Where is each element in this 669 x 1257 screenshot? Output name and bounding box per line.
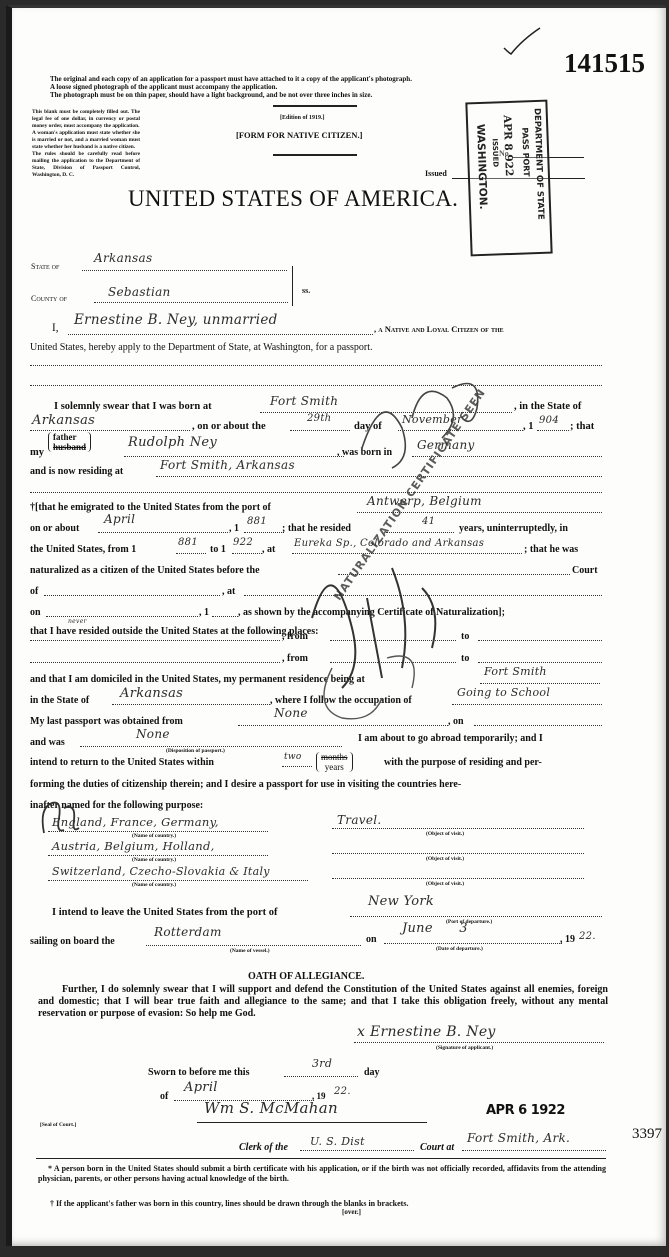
court-name-field: U. S. Dist: [310, 1135, 365, 1148]
husband-option: husband: [53, 442, 86, 452]
at-line: [244, 595, 602, 596]
of-line: [44, 595, 220, 596]
to-year-field: 922: [233, 536, 253, 549]
disposition-line: [80, 746, 342, 747]
divider: [273, 105, 357, 107]
birth-year-field: 904: [539, 414, 559, 427]
bracket: [289, 266, 293, 306]
from-year-line: [176, 553, 206, 554]
last-passport-line: [238, 725, 448, 726]
court-line: [338, 574, 570, 575]
from-line-1: [330, 640, 456, 641]
destination-countries-3: Switzerland, Czecho-Slovakia & Italy: [52, 865, 270, 878]
and-was-label: and was: [30, 736, 65, 749]
disposition-field: None: [136, 728, 170, 741]
from-line-2: [330, 662, 456, 663]
sworn-of-label: of: [160, 1090, 168, 1103]
on-about-label-2: on or about: [30, 522, 79, 535]
departure-year-field: 22.: [579, 930, 596, 943]
occupation-line: [452, 704, 602, 705]
side-note-3: The rules should be carefully read befor…: [32, 151, 140, 179]
instruction-line-1: The original and each copy of an applica…: [50, 75, 412, 83]
destination-countries-1: England, France, Germany,: [52, 816, 219, 829]
date-caption: (Date of departure.): [436, 946, 483, 952]
received-stamp: APR 6 1922: [486, 1104, 565, 1117]
sworn-day-field: 3rd: [312, 1057, 332, 1070]
object-caption-2: (Object of visit.): [426, 856, 464, 862]
inafter-label: inafter named for the following purpose:: [30, 799, 203, 812]
outside-place-line-1: [30, 640, 280, 641]
to-year-line: [232, 553, 262, 554]
file-number: 3397: [632, 1128, 662, 1141]
emigration-month-line: [98, 532, 228, 533]
checkmark-icon: [502, 26, 542, 56]
father-name-field: Rudolph Ney: [128, 436, 217, 449]
year2-line: [212, 616, 238, 617]
return-label: intend to return to the United States wi…: [30, 756, 214, 769]
applicant-signature: x Ernestine B. Ney: [357, 1026, 496, 1039]
sworn-year-field: 22.: [334, 1085, 351, 1098]
emigration-month-field: April: [104, 513, 135, 526]
divider: [273, 154, 357, 156]
instruction-line-3: The photograph must be on thin paper, sh…: [50, 91, 372, 99]
department-of-state-stamp: DEPARTMENT OF STATE PASS PORT APR 8 922 …: [465, 100, 552, 257]
clerk-signature: Wm S. McMahan: [204, 1102, 338, 1115]
duties-label: forming the duties of citizenship therei…: [30, 778, 461, 791]
object-caption-1: (Object of visit.): [426, 831, 464, 837]
birth-state-line: [30, 430, 190, 431]
county-line: [94, 302, 288, 303]
at-label: , at: [262, 543, 275, 556]
country-caption-2: (Name of country.): [132, 857, 176, 863]
to-label: to 1: [210, 543, 226, 556]
state-line: [82, 270, 287, 271]
to-label-1: to: [461, 630, 469, 643]
father-residence-line: [156, 476, 602, 477]
departure-on-label: on: [366, 933, 377, 946]
last-passport-on-line: [474, 725, 602, 726]
from-year-field: 881: [178, 536, 198, 549]
country-line-3: [48, 880, 308, 881]
day-line: [290, 430, 350, 431]
oath-title: OATH OF ALLEGIANCE.: [248, 970, 364, 983]
form-type-label: [FORM FOR NATIVE CITIZEN.]: [236, 129, 362, 142]
permanent-residence-line: [480, 683, 600, 684]
last-passport-field: None: [274, 707, 308, 720]
year2-label: , 1: [199, 606, 209, 619]
year-prefix: , 1: [523, 420, 534, 433]
ss-label: ss.: [302, 284, 310, 297]
state-field: Arkansas: [94, 252, 152, 265]
stamp-passport: PASS PORT: [520, 127, 531, 176]
months-years-bracket: months years: [316, 752, 353, 772]
from-label: the United States, from 1: [30, 543, 136, 556]
sworn-month-field: April: [184, 1081, 218, 1094]
vessel-line: [146, 945, 361, 946]
resided-label: ; that he resided: [282, 522, 351, 535]
document-title: UNITED STATES OF AMERICA.: [128, 186, 458, 212]
leave-label: I intend to leave the United States from…: [52, 906, 278, 919]
blank-line: [30, 385, 602, 386]
court-label: Court: [572, 564, 598, 577]
my-label: my: [30, 446, 44, 459]
court-at-label: Court at: [420, 1141, 454, 1154]
years-resided-field: 41: [422, 515, 435, 528]
places-line: [292, 553, 522, 554]
sailing-label: sailing on board the: [30, 935, 115, 948]
clerk-label: Clerk of the: [239, 1141, 288, 1154]
destination-object-1: Travel.: [337, 814, 382, 827]
country-line-1: [48, 831, 268, 832]
intro-suffix: , a Native and Loyal Citizen of the: [374, 323, 504, 336]
issued-label: Issued: [425, 167, 447, 180]
vessel-caption: (Name of vessel.): [230, 948, 270, 954]
blank-line: [30, 492, 602, 493]
court-name-line: [300, 1150, 414, 1151]
outside-label: that I have resided outside the United S…: [30, 625, 318, 638]
to-label-2: to: [461, 652, 469, 665]
sworn-day-line: [284, 1076, 358, 1077]
father-residence-field: Fort Smith, Arkansas: [160, 459, 295, 472]
object-caption-3: (Object of visit.): [426, 881, 464, 887]
residing-label: and is now residing at: [30, 465, 123, 478]
at2-label: , at: [222, 585, 235, 598]
residence-state-label: in the State of: [30, 694, 89, 707]
country-caption-3: (Name of country.): [132, 882, 176, 888]
clerk-signature-line: [197, 1122, 427, 1123]
object-line-2: [332, 853, 584, 854]
birthplace-field: Fort Smith: [270, 395, 338, 408]
side-note-1: This blank must be completely filled out…: [32, 109, 140, 130]
oath-text: Further, I do solemnly swear that I will…: [38, 984, 608, 1020]
footnote-divider: [36, 1158, 606, 1159]
stamp-washington: WASHINGTON.: [474, 124, 489, 210]
disposition-caption: (Disposition of passport.): [166, 748, 225, 754]
emigrated-label: †[that he emigrated to the United States…: [30, 501, 271, 514]
departure-date-line: [384, 943, 562, 944]
serial-number: 141515: [564, 48, 645, 79]
state-of-label: , in the State of: [514, 400, 581, 413]
side-note-2: A woman's application must state whether…: [32, 130, 140, 151]
day-of-label: day of: [354, 420, 382, 433]
intro-line-2: United States, hereby apply to the Depar…: [30, 341, 373, 354]
on-label: on: [30, 606, 41, 619]
year-line: [537, 430, 569, 431]
father-name-line: [124, 456, 344, 457]
that-label: ; that: [570, 420, 594, 433]
country-line-2: [48, 855, 268, 856]
birth-state-field: Arkansas: [32, 414, 95, 427]
passport-application-page: 141515 The original and each copy of an …: [6, 5, 666, 1246]
instruction-line-2: A loose signed photograph of the applica…: [50, 83, 277, 91]
occupation-field: Going to School: [457, 686, 550, 699]
court-location-field: Fort Smith, Ark.: [467, 1132, 570, 1145]
purpose-label: with the purpose of residing and per-: [384, 756, 542, 769]
vessel-field: Rotterdam: [154, 926, 222, 939]
emigration-year-field: 881: [247, 515, 267, 528]
of-label: of: [30, 585, 38, 598]
residence-state-field: Arkansas: [120, 687, 183, 700]
edition-label: [Edition of 1919.]: [280, 112, 325, 125]
departure-year-prefix: , 19: [560, 933, 575, 946]
stamp-dept: DEPARTMENT OF STATE: [532, 108, 546, 220]
signature-line: [354, 1042, 604, 1043]
last-passport-on-label: , on: [448, 715, 464, 728]
return-within-line: [282, 766, 312, 767]
side-note: This blank must be completely filled out…: [32, 109, 140, 179]
outside-place-line-2: [30, 662, 280, 663]
from-label-2: , from: [282, 652, 308, 665]
county-label: County of: [31, 292, 67, 305]
to-line-1: [478, 640, 602, 641]
applicant-name-field: Ernestine B. Ney, unmarried: [74, 314, 278, 327]
object-line-3: [332, 878, 584, 879]
father-husband-bracket: father husband: [48, 432, 91, 452]
permanent-residence-field: Fort Smith: [484, 665, 547, 678]
court-location-line: [462, 1150, 606, 1151]
abroad-label: I am about to go abroad temporarily; and…: [358, 732, 543, 745]
was-label: ; that he was: [524, 543, 578, 556]
father-option: father: [53, 432, 86, 442]
blank-line: [30, 365, 602, 366]
stamp-issued: ISSUED: [491, 138, 500, 167]
emigration-port-field: Antwerp, Belgium: [367, 495, 482, 508]
object-line-1: [332, 828, 584, 829]
destination-countries-2: Austria, Belgium, Holland,: [52, 840, 215, 853]
shown-label: , as shown by the accompanying Certifica…: [238, 606, 505, 619]
stamp-date: APR 8 922: [501, 115, 515, 177]
months-option: months: [321, 752, 348, 762]
sworn-before-label: Sworn to before me this: [148, 1066, 249, 1079]
day-label: day: [364, 1066, 380, 1079]
departure-date-field: June 3: [402, 922, 468, 935]
intro-prefix: I,: [52, 322, 59, 335]
departure-port-line: [350, 916, 602, 917]
years-option: years: [321, 762, 348, 772]
emigration-year-prefix: , 1: [229, 522, 239, 535]
over-label: [over.]: [342, 1206, 361, 1219]
applicant-name-line: [68, 334, 373, 335]
footnote-1: * A person born in the United States sho…: [38, 1164, 606, 1184]
seal-label: [Seal of Court.]: [40, 1119, 76, 1132]
emigration-year-line: [244, 532, 284, 533]
naturalized-label: naturalized as a citizen of the United S…: [30, 564, 260, 577]
years-label: years, uninterruptedly, in: [459, 522, 568, 535]
departure-port-field: New York: [368, 895, 434, 908]
county-field: Sebastian: [108, 286, 171, 299]
birth-day-field: 29th: [307, 412, 331, 425]
state-label: State of: [31, 260, 59, 273]
places-field: Eureka Sp., Colorado and Arkansas: [294, 537, 484, 550]
signature-caption: (Signature of applicant.): [436, 1045, 493, 1051]
on-about-label: , on or about the: [192, 420, 266, 433]
from-label-1: , from: [282, 630, 308, 643]
domiciled-label: and that I am domiciled in the United St…: [30, 673, 365, 686]
born-in-label: , was born in: [337, 446, 392, 459]
return-within-field: two: [284, 751, 302, 764]
sworn-label: I solemnly swear that I was born at: [54, 400, 212, 413]
residence-state-line: [112, 704, 270, 705]
years-line: [386, 532, 454, 533]
to-line-2: [478, 662, 602, 663]
